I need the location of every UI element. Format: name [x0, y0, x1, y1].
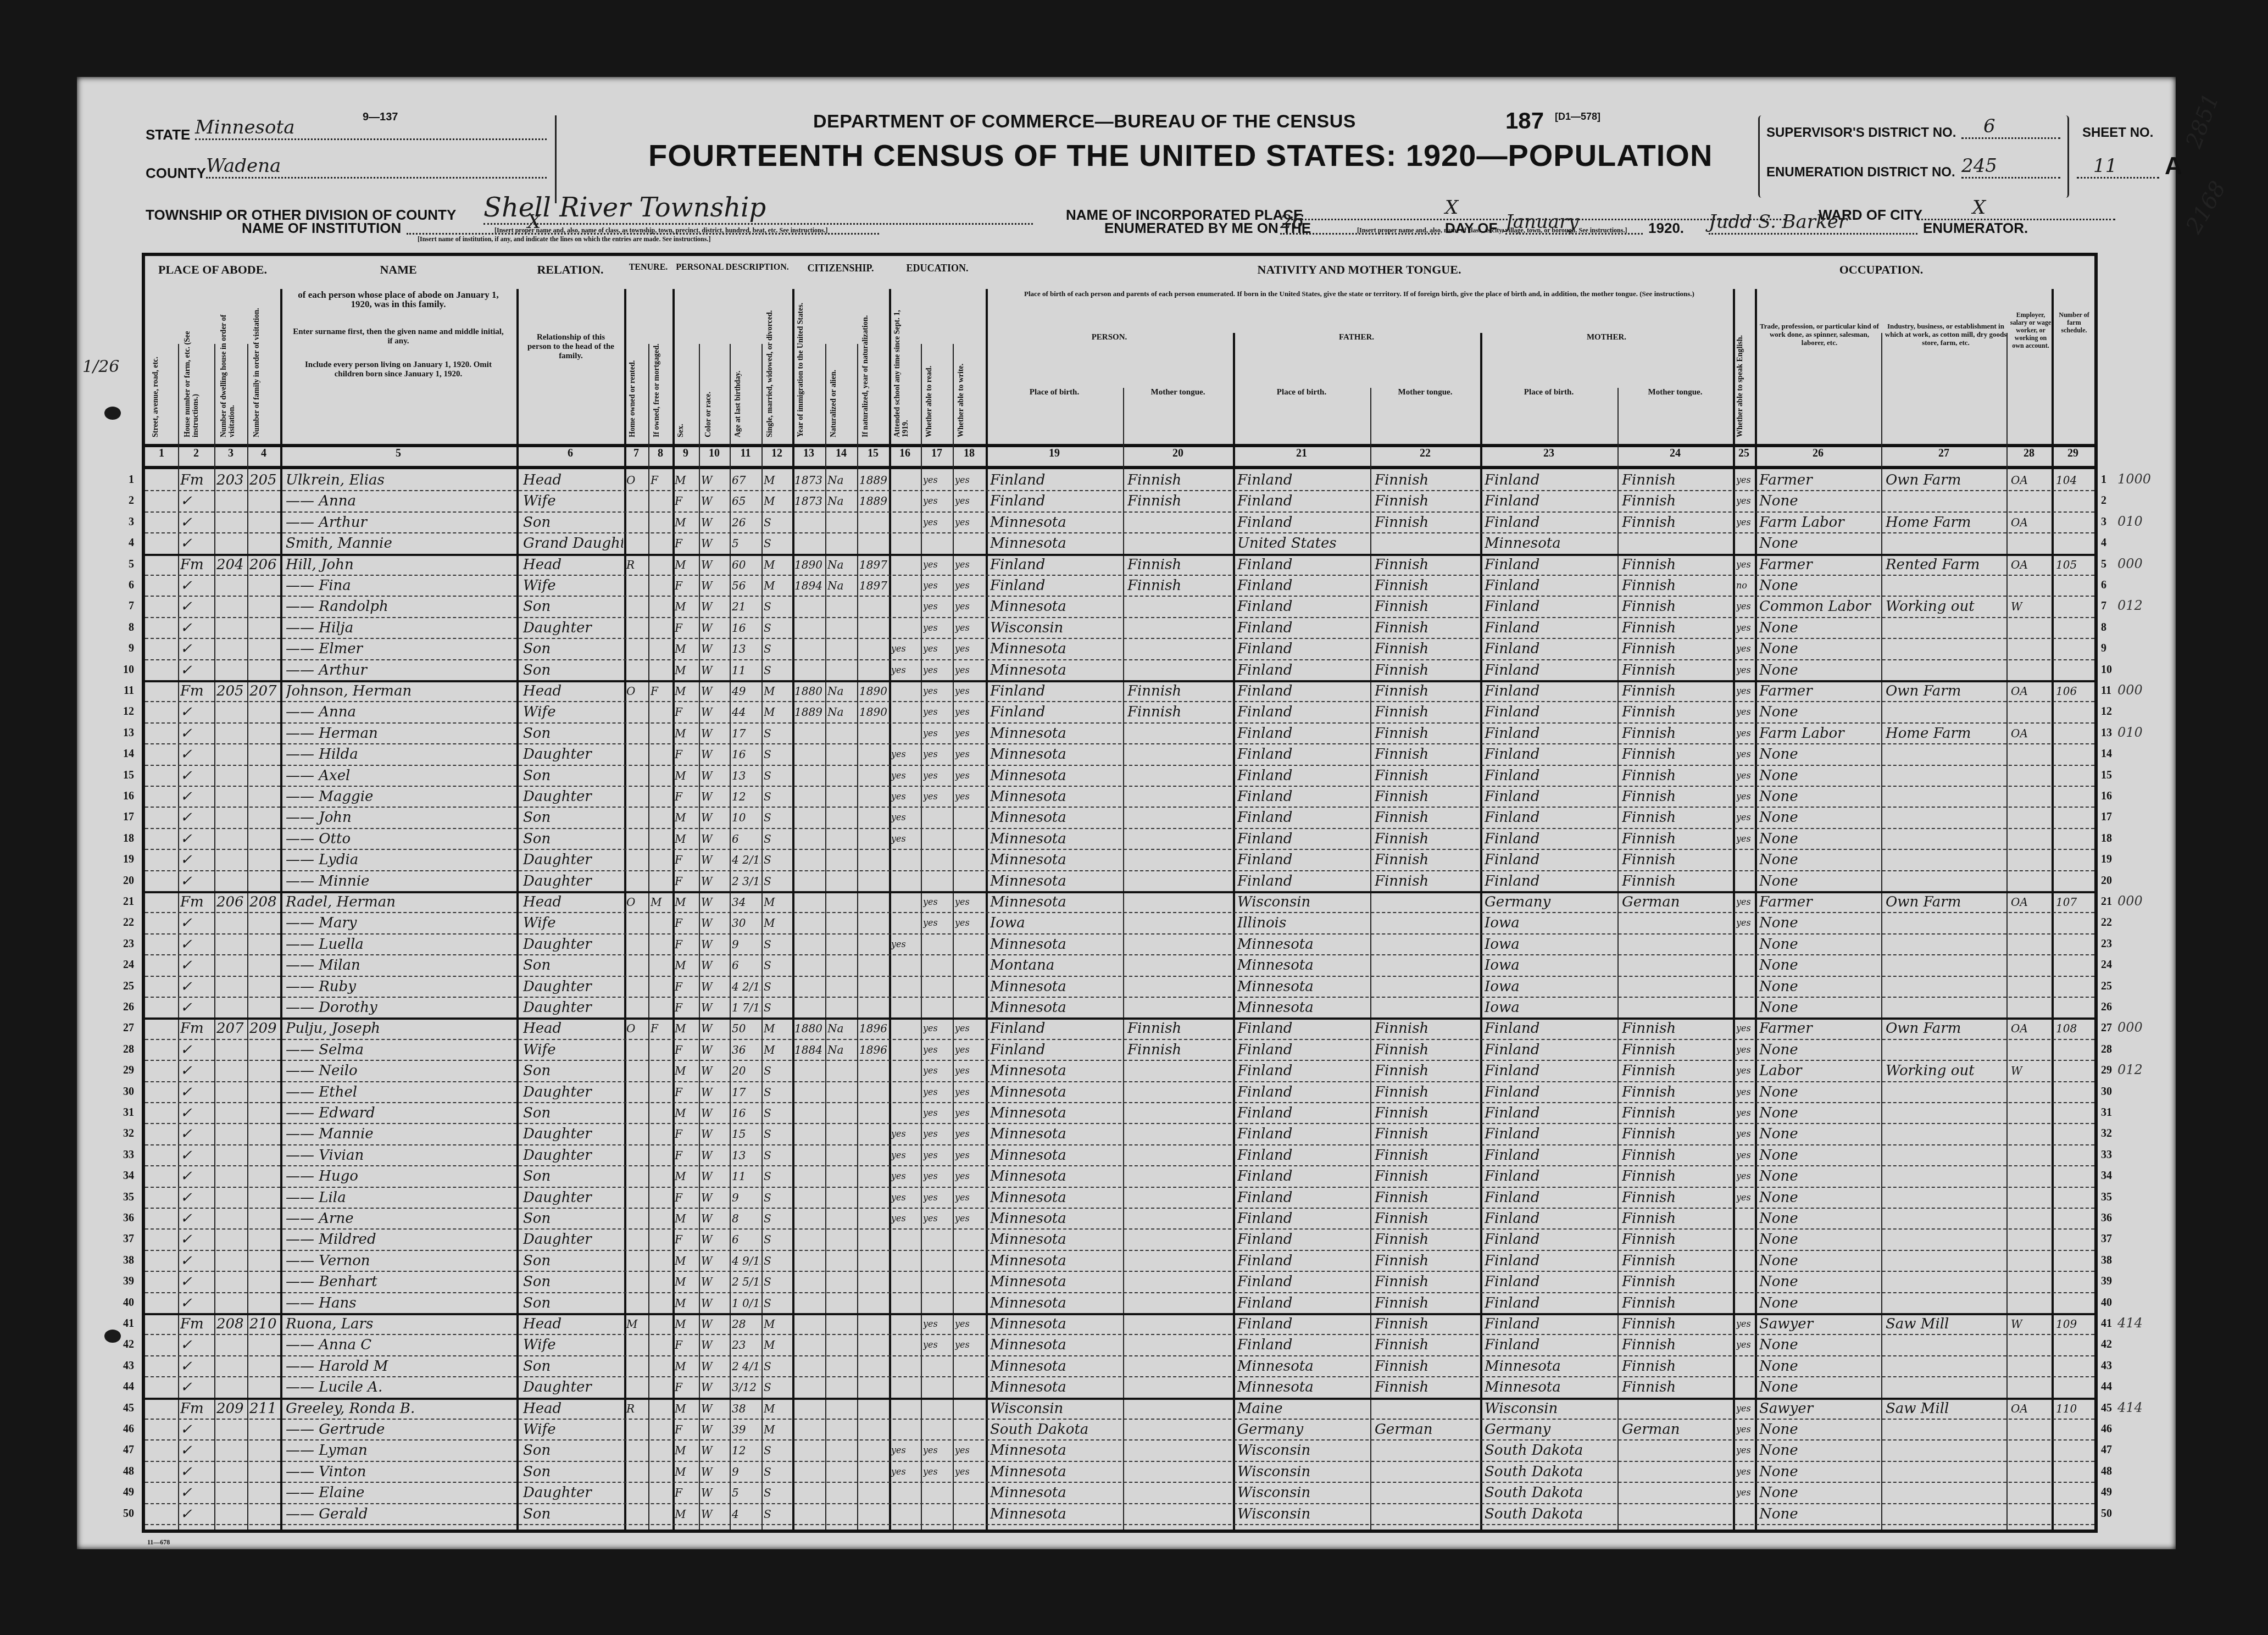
cell-sex: M: [675, 1166, 698, 1186]
cell-house: ✓: [180, 1356, 213, 1376]
cell-natyear: [859, 850, 888, 870]
cell-farm: [2056, 1420, 2093, 1439]
cell-mpob: Finland: [1485, 1293, 1616, 1313]
cell-age: 39: [732, 1420, 760, 1439]
cell-tenure: [626, 1441, 647, 1460]
cell-immig: 1880: [794, 1019, 824, 1038]
cell-school: [891, 491, 920, 511]
cell-mortgage: [651, 1166, 671, 1186]
cell-pob: Minnesota: [990, 533, 1122, 553]
cell-write: yes: [955, 766, 985, 786]
cell-trade: None: [1759, 998, 1880, 1017]
margin-code-note: 000: [2117, 893, 2143, 909]
cell-tenure: [626, 639, 647, 659]
cell-race: W: [701, 1019, 729, 1038]
cell-mmt: Finnish: [1622, 1040, 1732, 1060]
cell-nat: [827, 513, 856, 532]
line-number-right: 36: [2101, 1212, 2112, 1225]
line-number: 38: [112, 1254, 134, 1267]
cell-nat: [827, 1145, 856, 1165]
cell-race: W: [701, 1420, 729, 1439]
cell-race: W: [701, 555, 729, 575]
cell-fpob: Finland: [1237, 555, 1369, 575]
cell-trade: Farmer: [1759, 892, 1880, 912]
cell-marital: S: [764, 1483, 791, 1503]
line-number: 18: [112, 832, 134, 845]
cell-emp: [2011, 766, 2050, 786]
cell-natyear: [859, 513, 888, 532]
cell-english: yes: [1736, 1462, 1754, 1482]
table-row: ✓—— MilanSonMW6SMontanaMinnesotaIowaNone: [145, 954, 2094, 976]
cell-write: yes: [955, 892, 985, 912]
cell-dwelling: [216, 1483, 246, 1503]
cell-school: [891, 576, 920, 596]
cell-emp: [2011, 977, 2050, 997]
line-number: 33: [112, 1149, 134, 1161]
cell-read: [923, 998, 952, 1017]
cell-english: yes: [1736, 1124, 1754, 1144]
line-number: 10: [112, 664, 134, 676]
cell-fpob: Finland: [1237, 1124, 1369, 1144]
cell-natyear: 1896: [859, 1019, 888, 1038]
cell-emp: OA: [2011, 470, 2050, 490]
cell-fpob: Finland: [1237, 576, 1369, 596]
cell-mortgage: [651, 850, 671, 870]
table-row: Fm203205Ulkrein, EliasHeadOFMW67M1873Na1…: [145, 469, 2094, 491]
cell-emp: [2011, 871, 2050, 891]
cell-race: W: [701, 1504, 729, 1524]
cell-trade: None: [1759, 1293, 1880, 1313]
cell-marital: S: [764, 1188, 791, 1208]
cell-mmt: [1622, 1504, 1732, 1524]
cell-mpob: Finland: [1485, 513, 1616, 532]
cell-name: —— Gerald: [286, 1504, 515, 1524]
line-number: 41: [112, 1317, 134, 1330]
cell-trade: None: [1759, 955, 1880, 975]
cell-family: [249, 597, 279, 616]
cell-dwelling: [216, 744, 246, 764]
line-number: 45: [112, 1402, 134, 1415]
cell-mpob: Finland: [1485, 808, 1616, 827]
cell-trade: None: [1759, 1082, 1880, 1102]
cell-mpob: Finland: [1485, 555, 1616, 575]
cell-sex: F: [675, 576, 698, 596]
cell-immig: [794, 766, 824, 786]
cell-read: yes: [923, 1209, 952, 1228]
cell-english: yes: [1736, 702, 1754, 722]
cell-pob: Minnesota: [990, 850, 1122, 870]
line-number: 50: [112, 1508, 134, 1520]
cell-name: —— John: [286, 808, 515, 827]
cell-industry: [1886, 1483, 2005, 1503]
cell-immig: [794, 1462, 824, 1482]
cell-farm: [2056, 1441, 2093, 1460]
cell-nat: [827, 1483, 856, 1503]
cell-mt: [1127, 513, 1232, 532]
department-heading: DEPARTMENT OF COMMERCE—BUREAU OF THE CEN…: [813, 111, 1356, 132]
cell-age: 6: [732, 955, 760, 975]
cell-fpob: Finland: [1237, 1040, 1369, 1060]
cell-name: Pulju, Joseph: [286, 1019, 515, 1038]
cell-farm: [2056, 1166, 2093, 1186]
cell-farm: [2056, 576, 2093, 596]
cell-trade: None: [1759, 1483, 1880, 1503]
cell-nat: [827, 1504, 856, 1524]
cell-trade: None: [1759, 491, 1880, 511]
cell-fmt: Finnish: [1375, 1377, 1479, 1397]
cell-emp: [2011, 1145, 2050, 1165]
cell-pob: Finland: [990, 681, 1122, 701]
cell-marital: M: [764, 1314, 791, 1334]
cell-english: yes: [1736, 744, 1754, 764]
cell-tenure: [626, 1504, 647, 1524]
cell-tenure: O: [626, 1019, 647, 1038]
cell-english: yes: [1736, 1166, 1754, 1186]
cell-school: yes: [891, 660, 920, 680]
cell-house: ✓: [180, 1082, 213, 1102]
group-citizenship: CITIZENSHIP.: [792, 263, 889, 274]
cell-race: W: [701, 1314, 729, 1334]
cell-mpob: Finland: [1485, 1166, 1616, 1186]
table-row: ✓—— AxelSonMW13SyesyesyesMinnesotaFinlan…: [145, 765, 2094, 787]
cell-dwelling: [216, 913, 246, 933]
cell-name: —— Vivian: [286, 1145, 515, 1165]
cell-sex: M: [675, 1209, 698, 1228]
cell-mt: Finnish: [1127, 681, 1232, 701]
cell-age: 12: [732, 1441, 760, 1460]
cell-fpob: Finland: [1237, 1293, 1369, 1313]
cell-school: yes: [891, 787, 920, 807]
cell-name: —— Lila: [286, 1188, 515, 1208]
cell-sex: F: [675, 1230, 698, 1249]
cell-mt: [1127, 1441, 1232, 1460]
cell-family: [249, 1356, 279, 1376]
cell-sex: F: [675, 1124, 698, 1144]
cell-trade: None: [1759, 871, 1880, 891]
cell-mortgage: M: [651, 892, 671, 912]
cell-age: 56: [732, 576, 760, 596]
line-number-right: 7: [2101, 600, 2106, 613]
cell-relation: Daughter: [523, 618, 623, 638]
cell-english: yes: [1736, 1019, 1754, 1038]
cell-immig: [794, 1103, 824, 1123]
cell-trade: None: [1759, 702, 1880, 722]
cell-industry: [1886, 1356, 2005, 1376]
cell-read: [923, 1272, 952, 1292]
cell-marital: S: [764, 1061, 791, 1081]
cell-farm: [2056, 1061, 2093, 1081]
cell-age: 4 2/12: [732, 977, 760, 997]
cell-write: yes: [955, 513, 985, 532]
cell-industry: Own Farm: [1886, 892, 2005, 912]
cell-nat: [827, 850, 856, 870]
cell-english: [1736, 1230, 1754, 1249]
cell-dwelling: [216, 1504, 246, 1524]
year-label: 1920.: [1648, 220, 1684, 237]
cell-sex: F: [675, 1188, 698, 1208]
cell-dwelling: [216, 724, 246, 743]
cell-fpob: Finland: [1237, 808, 1369, 827]
cell-mt: [1127, 935, 1232, 954]
cell-dwelling: [216, 787, 246, 807]
cell-industry: [1886, 1188, 2005, 1208]
cell-industry: Working out: [1886, 597, 2005, 616]
cell-mmt: German: [1622, 892, 1732, 912]
cell-fpob: Finland: [1237, 1272, 1369, 1292]
cell-english: yes: [1736, 639, 1754, 659]
cell-emp: [2011, 660, 2050, 680]
cell-mortgage: [651, 1377, 671, 1397]
cell-school: [891, 618, 920, 638]
cell-farm: [2056, 808, 2093, 827]
cell-dwelling: [216, 1272, 246, 1292]
cell-race: W: [701, 1293, 729, 1313]
cell-mpob: Wisconsin: [1485, 1399, 1616, 1419]
cell-sex: F: [675, 998, 698, 1017]
cell-nat: Na: [827, 576, 856, 596]
cell-industry: [1886, 913, 2005, 933]
cell-industry: [1886, 1251, 2005, 1271]
cell-pob: Minnesota: [990, 935, 1122, 954]
cell-english: yes: [1736, 555, 1754, 575]
cell-relation: Daughter: [523, 935, 623, 954]
cell-farm: [2056, 491, 2093, 511]
cell-sex: M: [675, 1272, 698, 1292]
cell-mortgage: [651, 1399, 671, 1419]
cell-age: 1 0/12: [732, 1293, 760, 1313]
cell-mmt: Finnish: [1622, 576, 1732, 596]
line-number-right: 18: [2101, 832, 2112, 845]
cell-fpob: Finland: [1237, 1314, 1369, 1334]
cell-dwelling: [216, 1209, 246, 1228]
cell-mpob: Finland: [1485, 766, 1616, 786]
margin-stamp-number-2: 2168: [2181, 177, 2231, 238]
cell-sex: F: [675, 1082, 698, 1102]
cell-school: [891, 977, 920, 997]
cell-marital: M: [764, 1420, 791, 1439]
cell-mmt: [1622, 935, 1732, 954]
cell-write: [955, 1377, 985, 1397]
table-row: ✓—— HansSonMW1 0/12SMinnesotaFinlandFinn…: [145, 1292, 2094, 1315]
cell-trade: None: [1759, 935, 1880, 954]
line-number-right: 46: [2101, 1423, 2112, 1436]
cell-age: 15: [732, 1124, 760, 1144]
cell-race: W: [701, 1082, 729, 1102]
cell-fmt: [1375, 892, 1479, 912]
cell-mmt: Finnish: [1622, 1188, 1732, 1208]
cell-tenure: [626, 871, 647, 891]
cell-farm: [2056, 766, 2093, 786]
cell-immig: [794, 1272, 824, 1292]
cell-nat: Na: [827, 470, 856, 490]
margin-code-note: 010: [2117, 514, 2143, 529]
cell-farm: 104: [2056, 470, 2093, 490]
table-row: ✓—— HiljaDaughterFW16SyesyesWisconsinFin…: [145, 617, 2094, 639]
cell-tenure: [626, 829, 647, 849]
cell-tenure: [626, 787, 647, 807]
cell-write: yes: [955, 660, 985, 680]
cell-dwelling: [216, 597, 246, 616]
cell-write: yes: [955, 1040, 985, 1060]
cell-house: ✓: [180, 1145, 213, 1165]
cell-mt: Finnish: [1127, 1019, 1232, 1038]
cell-trade: None: [1759, 1145, 1880, 1165]
cell-pob: Minnesota: [990, 1166, 1122, 1186]
cell-immig: [794, 1188, 824, 1208]
cell-race: W: [701, 871, 729, 891]
cell-english: yes: [1736, 724, 1754, 743]
cell-name: —— Edward: [286, 1103, 515, 1123]
cell-marital: S: [764, 724, 791, 743]
cell-natyear: [859, 1124, 888, 1144]
line-number-right: 50: [2101, 1508, 2112, 1520]
cell-family: 208: [249, 892, 279, 912]
cell-age: 65: [732, 491, 760, 511]
cell-read: yes: [923, 1166, 952, 1186]
line-number-right: 44: [2101, 1381, 2112, 1393]
cell-nat: [827, 1399, 856, 1419]
cell-race: W: [701, 1377, 729, 1397]
cell-dwelling: [216, 1082, 246, 1102]
cell-nat: Na: [827, 681, 856, 701]
cell-school: [891, 513, 920, 532]
cell-english: yes: [1736, 513, 1754, 532]
cell-age: 13: [732, 639, 760, 659]
cell-farm: [2056, 787, 2093, 807]
cell-nat: [827, 1209, 856, 1228]
cell-tenure: [626, 744, 647, 764]
table-row: ✓—— Harold MSonMW2 4/12SMinnesotaMinneso…: [145, 1355, 2094, 1377]
cell-write: [955, 850, 985, 870]
cell-industry: [1886, 787, 2005, 807]
cell-sex: M: [675, 1504, 698, 1524]
cell-fpob: Finland: [1237, 702, 1369, 722]
cell-house: ✓: [180, 1040, 213, 1060]
cell-emp: [2011, 1040, 2050, 1060]
cell-tenure: [626, 1103, 647, 1123]
cell-family: [249, 513, 279, 532]
cell-fmt: Finnish: [1375, 1082, 1479, 1102]
cell-trade: None: [1759, 1103, 1880, 1123]
cell-marital: S: [764, 935, 791, 954]
table-row: ✓—— EdwardSonMW16SyesyesMinnesotaFinland…: [145, 1102, 2094, 1124]
cell-age: 5: [732, 1483, 760, 1503]
cell-fmt: German: [1375, 1420, 1479, 1439]
cell-school: [891, 1483, 920, 1503]
cell-marital: S: [764, 1504, 791, 1524]
cell-natyear: 1889: [859, 491, 888, 511]
table-row: ✓—— SelmaWifeFW36M1884Na1896yesyesFinlan…: [145, 1039, 2094, 1061]
line-number: 35: [112, 1191, 134, 1204]
cell-industry: [1886, 1166, 2005, 1186]
cell-mortgage: [651, 576, 671, 596]
cell-age: 6: [732, 1230, 760, 1249]
cell-farm: [2056, 1103, 2093, 1123]
cell-natyear: [859, 1061, 888, 1081]
cell-industry: [1886, 491, 2005, 511]
cell-emp: [2011, 1462, 2050, 1482]
cell-age: 9: [732, 1462, 760, 1482]
cell-race: W: [701, 744, 729, 764]
cell-fpob: Finland: [1237, 1103, 1369, 1123]
cell-house: Fm: [180, 470, 213, 490]
cell-english: yes: [1736, 660, 1754, 680]
cell-natyear: [859, 808, 888, 827]
cell-age: 4 2/12: [732, 850, 760, 870]
sheet-number-field: 11: [2077, 155, 2159, 179]
cell-mpob: Iowa: [1485, 913, 1616, 933]
cell-house: Fm: [180, 892, 213, 912]
cell-dwelling: [216, 639, 246, 659]
cell-age: 16: [732, 618, 760, 638]
cell-natyear: [859, 998, 888, 1017]
line-number: 26: [112, 1001, 134, 1014]
cell-dwelling: [216, 1293, 246, 1313]
cell-dwelling: [216, 513, 246, 532]
cell-house: ✓: [180, 1230, 213, 1249]
cell-race: W: [701, 702, 729, 722]
cell-farm: [2056, 935, 2093, 954]
cell-mortgage: [651, 871, 671, 891]
cell-immig: [794, 1166, 824, 1186]
cell-mmt: Finnish: [1622, 1082, 1732, 1102]
line-number-right: 34: [2101, 1170, 2112, 1182]
cell-mpob: Finland: [1485, 1145, 1616, 1165]
cell-immig: [794, 1124, 824, 1144]
cell-school: yes: [891, 1124, 920, 1144]
cell-relation: Son: [523, 1251, 623, 1271]
cell-write: yes: [955, 1335, 985, 1355]
cell-fpob: Finland: [1237, 1251, 1369, 1271]
cell-mortgage: [651, 618, 671, 638]
margin-code-note: 414: [2117, 1400, 2143, 1415]
cell-emp: OA: [2011, 1399, 2050, 1419]
cell-school: yes: [891, 639, 920, 659]
cell-race: W: [701, 766, 729, 786]
cell-natyear: [859, 1377, 888, 1397]
cell-fpob: Wisconsin: [1237, 1462, 1369, 1482]
cell-mt: [1127, 829, 1232, 849]
cell-fmt: Finnish: [1375, 871, 1479, 891]
cell-natyear: [859, 1356, 888, 1376]
cell-race: W: [701, 681, 729, 701]
cell-marital: S: [764, 744, 791, 764]
cell-dwelling: [216, 935, 246, 954]
cell-immig: [794, 1399, 824, 1419]
cell-age: 21: [732, 597, 760, 616]
cell-sex: F: [675, 787, 698, 807]
cell-english: yes: [1736, 618, 1754, 638]
cell-family: [249, 977, 279, 997]
cell-dwelling: [216, 871, 246, 891]
table-row: ✓—— LuellaDaughterFW9SyesMinnesotaMinnes…: [145, 933, 2094, 955]
cell-family: [249, 1230, 279, 1249]
cell-farm: [2056, 977, 2093, 997]
cell-dwelling: [216, 491, 246, 511]
cell-trade: None: [1759, 639, 1880, 659]
cell-farm: [2056, 513, 2093, 532]
group-tenure: TENURE.: [624, 263, 672, 272]
cell-house: ✓: [180, 1462, 213, 1482]
cell-trade: Labor: [1759, 1061, 1880, 1081]
cell-immig: [794, 597, 824, 616]
cell-mortgage: [651, 1082, 671, 1102]
cell-school: [891, 1230, 920, 1249]
cell-english: yes: [1736, 1399, 1754, 1419]
cell-pob: Minnesota: [990, 597, 1122, 616]
cell-mmt: Finnish: [1622, 1124, 1732, 1144]
cell-mortgage: [651, 724, 671, 743]
